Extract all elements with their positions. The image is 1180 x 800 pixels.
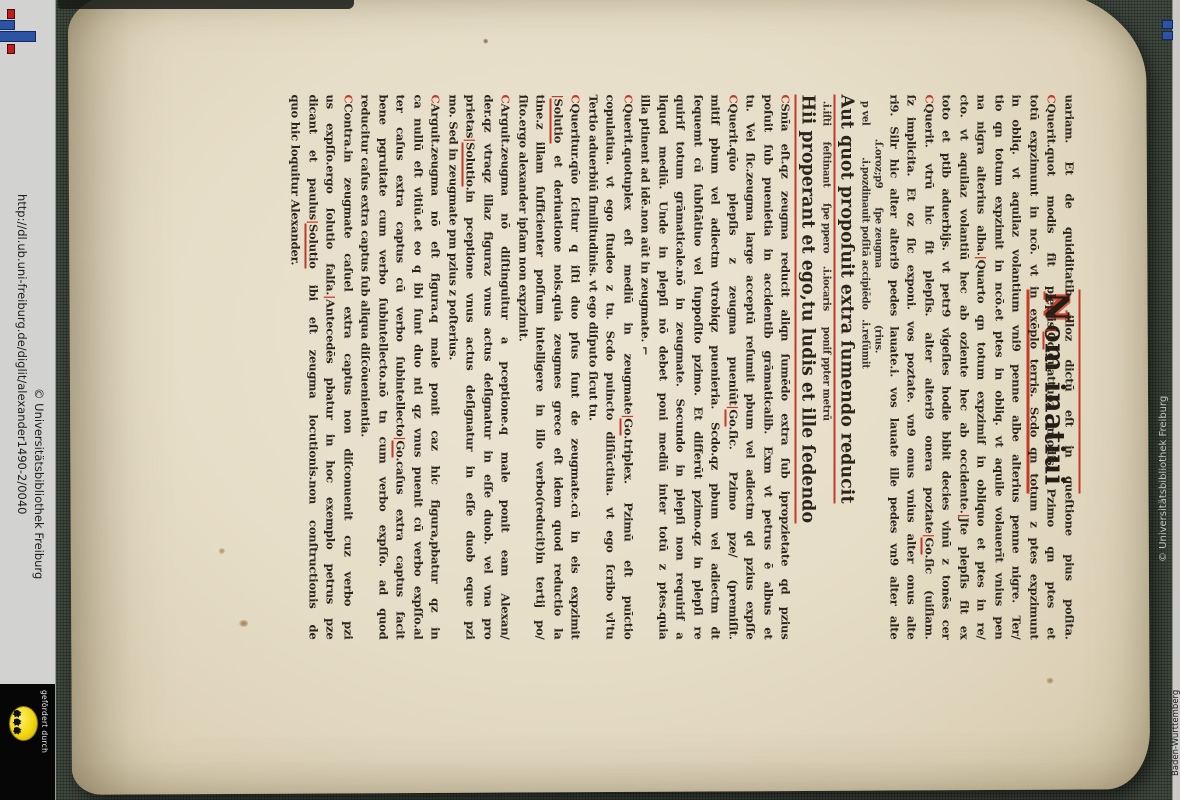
text-line: na nigra alterius alba.|Quarto qn totum … [973,95,991,640]
text-line: Aut quot propoſuit extra ſumendo reducit [833,95,859,640]
region-label-text: Baden-Württemberg [1171,690,1180,776]
text-line: der.qz vtraqz illaz figuraz vnus actus d… [479,95,497,640]
text-line: ſequemt cū ſubſtātiuo vel ſuppoſito pzim… [689,95,707,640]
ub-freiburg-logo-icon [0,6,55,60]
text-line: CSnīa eſt.qz zeugma reducit aliqn ſumēdo… [777,95,795,640]
text-line: tu. Vel ſic.zeugma large acceptū reſumit… [742,95,760,640]
text-line: tine.z illam ſufficienter poſſum intelli… [532,95,550,640]
copyright-text-left: © Universitätsbibliothek Freiburg [32,388,46,579]
watermark-strip-right [1172,0,1180,800]
text-line: copulatiua. vt ego ſtudeo z tu. Scdo pui… [602,95,620,640]
text-line: bene pgruitate cum verbo ſubintellecto.n… [374,95,392,640]
text-line: CContra.in zeugmate caſuel extra captus … [339,95,357,640]
foxing-stain [483,39,488,44]
text-line: |Solutio et deriuatione nois.quia zeugme… [549,95,567,640]
text-line: toto et ptib aduerbijs. vt petr9 vigeſie… [938,95,956,640]
ub-logo-fragment-icon [1162,20,1173,42]
logo-red-square [7,44,15,54]
text-line: reducitur caſus extra captus ſub aliqua … [357,95,375,640]
text-line: prietas|Solutio.in pceptione vnus actus … [462,95,480,640]
text-line: CArguit.zeugma nō eſt figura.q male poni… [427,95,445,640]
text-line: p vel .i.pozdinauit poſitā accipiēdo .i.… [859,95,872,640]
text-line: CQueritur.qūo ſcitur q iſti duo pſus ſun… [567,95,585,640]
cover-top-edge [58,0,354,9]
text-line: us expſſo.ergo ſolutio falſa.|Antecedēs … [322,95,340,640]
text-line: CQuerit. vtrū hic fit plepſis. alter alt… [920,95,938,640]
text-line: quirif totum grāmaticale.nō in zeugmate.… [672,95,690,640]
foxing-stain [239,620,248,627]
logo-red-square [7,9,15,19]
text-line: .ſ.oroz;p9 ſpe zeugma (rius. [872,95,885,640]
text-line: CQuerit.qūo plepſis z zeugma pueniūt|Go.… [724,95,742,640]
copyright-text-right: © Universitätsbibliothek Freiburg [1158,396,1169,562]
text-lines: uariam. Et de quidditatib illoz dictū eſ… [287,95,1078,640]
text-line: .i.iſti feſtinant ſpe ppero .i.iocaris p… [820,95,833,640]
source-url-text: http://dl.ub.uni-freiburg.de/diglit/alex… [15,194,29,514]
text-line: tio qn totum expzimit in ncō.et ptes in … [990,95,1008,640]
text-line: liquod mediū. Unde in plepſi nō debet po… [654,95,672,640]
text-line: illa ptinent ad idē.non aūt in zeugmate.… [637,95,655,640]
text-line: totū expzimunt in ncō. vt in exēplo terr… [1025,95,1043,640]
logo-blue-bar [1162,31,1173,40]
text-line: cto. vt aquilaz volantiū hec ab oziente … [955,95,973,640]
logo-blue-bar [0,20,15,30]
text-line: in obliq. vt aquilaz volantium vni9 penn… [1008,95,1026,640]
text-line: mitif pbum vel adiectm vtrobiqz puenieri… [707,95,725,640]
logo-blue-bar [1162,20,1173,29]
text-line: quo hic loquitur Alexander. [287,95,305,640]
text-line: ri9. Silr hic alter alteri9 pedes lauate… [885,95,903,640]
text-line: ſito.ergo alexander ipſam non expzimit. [514,95,532,640]
baden-wuerttemberg-coat-of-arms-icon [9,706,38,741]
text-line: Tertio aduerbiū ſimilitudinis. vt ego di… [584,95,602,640]
foxing-stain [1047,678,1054,684]
running-title: Nom inatiui [1078,95,1125,640]
text-line: uariam. Et de quidditatib illoz dictū eſ… [1060,95,1078,640]
text-line: dicant et paulus|Solutio ibi eſt zeugma … [304,95,322,640]
logo-blue-bar [0,31,36,42]
text-line: poſuit ſub puenietia in accidentib grāma… [759,95,777,640]
text-line: CArguit.zeugma nō diſtinguitur a pceptio… [497,95,515,640]
text-line: CQuerit.quot modis fit plepſis|Go,quattu… [1043,95,1061,640]
scan-viewport: Nom inatiui uariam. Et de quidditatib il… [0,0,1180,800]
text-line: Hii properant et ego,tu ludis et ille ſe… [794,95,820,640]
printed-text-block: Nom inatiui uariam. Et de quidditatib il… [285,95,1125,640]
text-line: ſz implicita. Et oz ſic exponi. vos pozt… [903,95,921,640]
text-line: ter caſus extra captus cū verbo ſubintel… [392,95,410,640]
funding-label-text: gefördert durch [40,690,49,753]
foxing-stain [219,548,225,554]
text-line: CQuerit.quotuplex eſt mediū in zeugmate|… [619,95,637,640]
text-line: ca nullū eſt vitiū.et eo q ibi ſunt duo … [409,95,427,640]
text-line: mo. Sed in zeugmate pm pzius z poſterius… [444,95,462,640]
